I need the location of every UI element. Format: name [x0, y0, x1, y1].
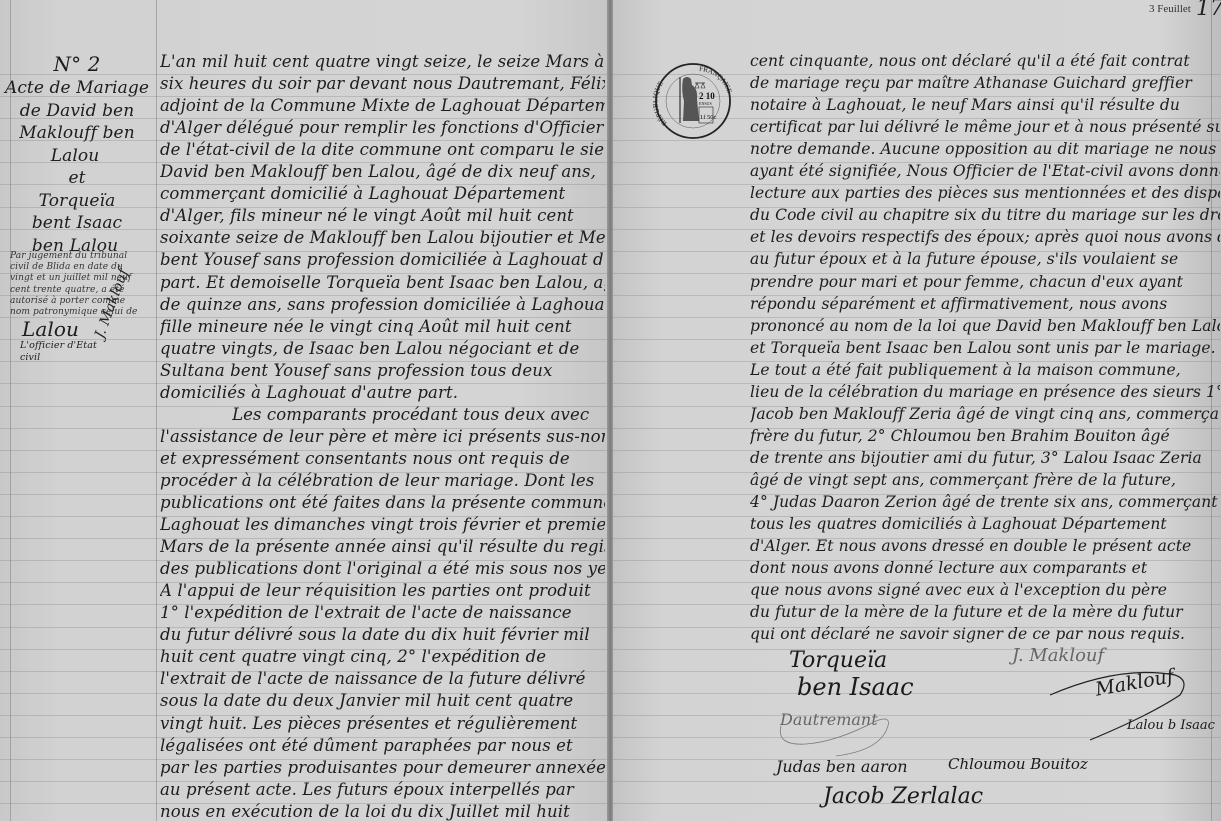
text-line: 1° l'expédition de l'extrait de l'acte d…: [160, 603, 605, 622]
text-line: quatre vingts, de Isaac ben Lalou négoci…: [160, 339, 605, 358]
text-line: notre demande. Aucune opposition au dit …: [750, 140, 1220, 158]
text-line: sous la date du deux Janvier mil huit ce…: [160, 691, 605, 710]
text-line: domiciliés à Laghouat d'autre part.: [160, 383, 605, 402]
text-line: du futur délivré sous la date du dix hui…: [160, 625, 605, 644]
text-line: A l'appui de leur réquisition les partie…: [160, 581, 605, 600]
folio-label: 3 Feuillet: [1149, 3, 1191, 15]
text-line: l'extrait de l'acte de naissance de la f…: [160, 669, 605, 688]
ruled-line: [613, 759, 1221, 760]
text-line: âgé de vingt sept ans, commerçant frère …: [750, 471, 1220, 489]
text-line: six heures du soir par devant nous Dautr…: [160, 74, 605, 93]
register-spread: N° 2 Acte de Mariagede David benMaklouff…: [0, 0, 1221, 821]
text-line: des publications dont l'original a été m…: [160, 559, 605, 578]
text-line: ayant été signifiée, Nous Officier de l'…: [750, 162, 1220, 180]
text-line: frère du futur, 2° Chloumou ben Brahim B…: [750, 427, 1220, 445]
text-line: et Torqueïa bent Isaac ben Lalou sont un…: [750, 339, 1220, 357]
text-line: certificat par lui délivré le même jour …: [750, 118, 1220, 136]
margin-annotation-line: civil de Blida en date du: [10, 262, 123, 272]
text-line: tous les quatres domiciliés à Laghouat D…: [750, 515, 1220, 533]
text-line: de mariage reçu par maître Athanase Guic…: [750, 74, 1220, 92]
margin-rule: [156, 0, 157, 821]
signature-judas-ben-aaron: Judas ben aaron: [776, 757, 908, 776]
margin-title-line: Acte de Mariage: [2, 78, 152, 98]
signature-ben-isaac: ben Isaac: [797, 673, 914, 701]
signature-chloumou-bouitoz: Chloumou Bouitoz: [948, 755, 1088, 773]
text-line: de l'état-civil de la dite commune ont c…: [160, 140, 605, 159]
text-line: huit cent quatre vingt cinq, 2° l'expédi…: [160, 647, 605, 666]
text-line: nous en exécution de la loi du dix Juill…: [160, 802, 605, 821]
text-line: Les comparants procédant tous deux avec: [200, 405, 608, 424]
text-line: répondu séparément et affirmativement, n…: [750, 295, 1220, 313]
text-line: adjoint de la Commune Mixte de Laghouat …: [160, 96, 605, 115]
margin-annotation-surname: Lalou: [22, 317, 79, 341]
signature-jacob-zerlalac: Jacob Zerlalac: [823, 784, 983, 809]
fiscal-stamp-icon: RÉPUBLIQUE FRANÇAISE 2 10 ENSUS 1f 50c: [653, 61, 733, 141]
signature-lalou-b-isaac: Lalou b Isaac: [1127, 718, 1215, 733]
margin-title-line: Torqueïa: [2, 191, 152, 211]
text-line: vingt huit. Les pièces présentes et régu…: [160, 714, 605, 733]
text-line: au présent acte. Les futurs époux interp…: [160, 780, 605, 799]
text-line: par les parties produisantes pour demeur…: [160, 758, 605, 777]
text-line: d'Alger. Et nous avons dressé en double …: [750, 537, 1220, 555]
text-line: l'assistance de leur père et mère ici pr…: [160, 427, 605, 446]
text-line: du Code civil au chapitre six du titre d…: [750, 206, 1220, 224]
folio-word: Feuillet: [1157, 3, 1191, 15]
text-line: du futur de la mère de la future et de l…: [750, 603, 1220, 621]
text-line: soixante seize de Maklouff ben Lalou bij…: [160, 228, 605, 247]
text-line: dont nous avons donné lecture aux compar…: [750, 559, 1220, 577]
margin-title-line: et: [2, 168, 152, 188]
ruled-line: [613, 649, 1221, 650]
text-line: d'Alger, fils mineur né le vingt Août mi…: [160, 206, 605, 225]
text-line: et les devoirs respectifs des époux; apr…: [750, 228, 1220, 246]
text-line: légalisées ont été dûment paraphées par …: [160, 736, 605, 755]
text-line: Le tout a été fait publiquement à la mai…: [750, 361, 1220, 379]
text-line: Jacob ben Maklouff Zeria âgé de vingt ci…: [750, 405, 1220, 423]
text-line: au futur époux et à la future épouse, s'…: [750, 250, 1220, 268]
text-line: prononcé au nom de la loi que David ben …: [750, 317, 1220, 335]
text-line: notaire à Laghouat, le neuf Mars ainsi q…: [750, 96, 1220, 114]
text-line: qui ont déclaré ne savoir signer de ce p…: [750, 625, 1220, 643]
svg-text:2 10: 2 10: [699, 91, 715, 101]
svg-text:ENSUS: ENSUS: [699, 101, 712, 106]
ruled-line: [613, 781, 1221, 782]
svg-text:FRANÇAISE: FRANÇAISE: [699, 65, 733, 94]
margin-officer-label: L'officier d'Etat: [20, 340, 97, 351]
margin-title-line: bent Isaac: [2, 213, 152, 233]
act-number: N° 2: [2, 52, 152, 76]
text-line: cent cinquante, nous ont déclaré qu'il a…: [750, 52, 1220, 70]
margin-annotation-line: Par jugement du tribunal: [10, 251, 127, 261]
text-line: L'an mil huit cent quatre vingt seize, l…: [160, 52, 605, 71]
svg-text:1f 50c: 1f 50c: [700, 114, 717, 121]
text-line: procéder à la célébration de leur mariag…: [160, 471, 605, 490]
text-line: lecture aux parties des pièces sus menti…: [750, 184, 1220, 202]
text-line: 4° Judas Daaron Zerion âgé de trente six…: [750, 493, 1220, 511]
left-page: N° 2 Acte de Mariagede David benMaklouff…: [0, 0, 608, 821]
text-line: de trente ans bijoutier ami du futur, 3°…: [750, 449, 1220, 467]
margin-title-line: Maklouff ben: [2, 123, 152, 143]
margin-title-line: Lalou: [0, 146, 150, 166]
text-line: et expressément consentants nous ont req…: [160, 449, 605, 468]
text-line: Mars de la présente année ainsi qu'il ré…: [160, 537, 605, 556]
folio-number: 17: [1196, 0, 1221, 21]
text-line: que nous avons signé avec eux à l'except…: [750, 581, 1220, 599]
text-line: publications ont été faites dans la prés…: [160, 493, 605, 512]
text-line: de quinze ans, sans profession domicilié…: [160, 295, 605, 314]
text-line: lieu de la célébration du mariage en pré…: [750, 383, 1220, 401]
text-line: bent Yousef sans profession domiciliée à…: [160, 250, 605, 269]
margin-title-line: de David ben: [2, 101, 152, 121]
text-line: Sultana bent Yousef sans profession tous…: [160, 361, 605, 380]
text-line: fille mineure née le vingt cinq Août mil…: [160, 317, 605, 336]
text-line: David ben Maklouff ben Lalou, âgé de dix…: [160, 162, 605, 181]
margin-officer-label-2: civil: [20, 352, 40, 363]
text-line: Laghouat les dimanches vingt trois févri…: [160, 515, 605, 534]
text-line: part. Et demoiselle Torqueïa bent Isaac …: [160, 273, 605, 292]
text-line: d'Alger délégué pour remplir les fonctio…: [160, 118, 605, 137]
text-line: commerçant domicilié à Laghouat Départem…: [160, 184, 605, 203]
signature-torqueia: Torqueïa: [789, 648, 887, 673]
text-line: prendre pour mari et pour femme, chacun …: [750, 273, 1220, 291]
folio-prefix: 3: [1149, 3, 1155, 15]
